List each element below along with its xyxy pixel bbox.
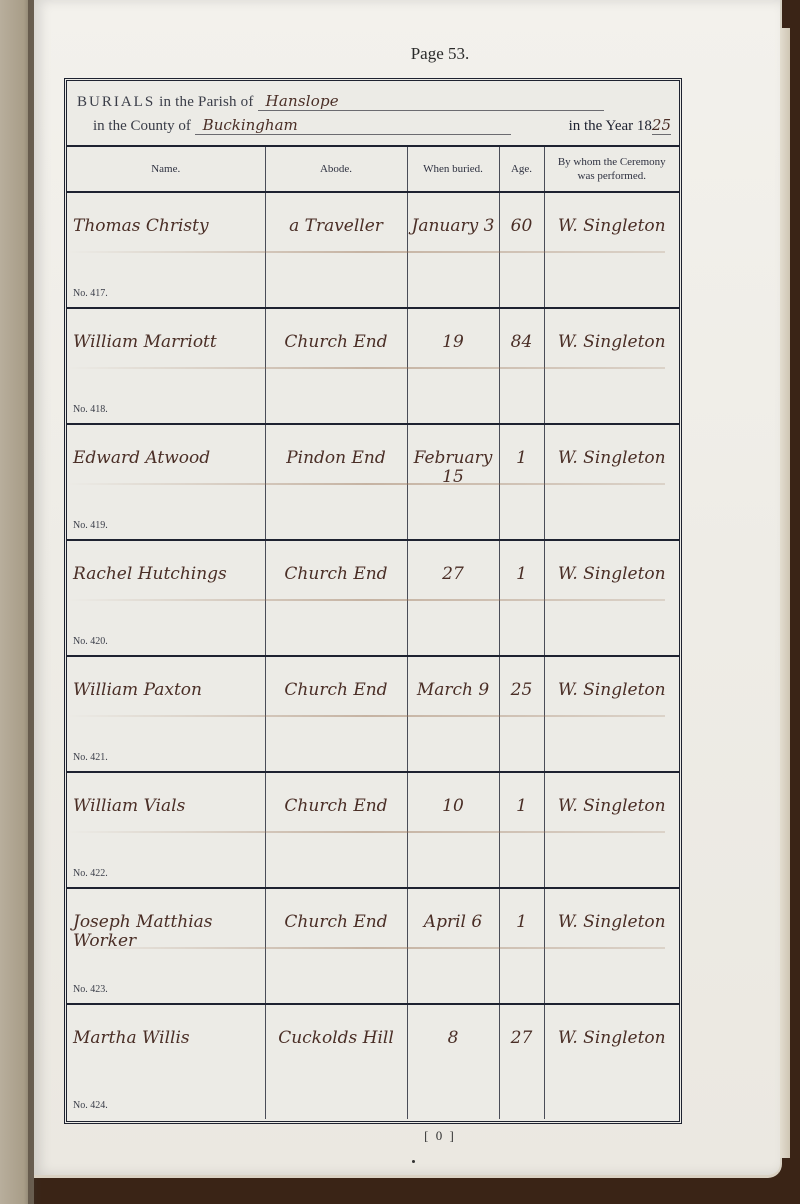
entry-age: 84 — [500, 333, 544, 352]
cell-name: William MarriottNo. 418. — [67, 308, 265, 424]
cell-abode: Church End — [265, 772, 407, 888]
year-prefix: in the Year 18 — [569, 118, 652, 134]
cell-when-buried: 8 — [407, 1004, 499, 1119]
entry-by-whom: W. Singleton — [545, 565, 680, 584]
county-line: in the County of Buckingham — [93, 116, 511, 135]
cell-by-whom: W. Singleton — [544, 192, 679, 308]
cell-when-buried: March 9 — [407, 656, 499, 772]
parish-prefix: in the Parish of — [159, 94, 253, 110]
column-header-age: Age. — [499, 147, 544, 192]
cell-name: Joseph Matthias WorkerNo. 423. — [67, 888, 265, 1004]
entry-age: 1 — [500, 449, 544, 468]
entry-name: William Paxton — [67, 681, 265, 700]
cell-by-whom: W. Singleton — [544, 308, 679, 424]
parish-value: Hanslope — [258, 92, 604, 111]
footer-signature-mark: [ 0 ] — [80, 1128, 800, 1144]
cell-when-buried: 27 — [407, 540, 499, 656]
entry-by-whom: W. Singleton — [545, 333, 680, 352]
entry-when-buried: 10 — [408, 797, 499, 816]
column-header-name: Name. — [67, 147, 265, 192]
column-header-when-buried: When buried. — [407, 147, 499, 192]
cell-abode: Church End — [265, 540, 407, 656]
entry-abode: Pindon End — [266, 449, 407, 468]
cell-by-whom: W. Singleton — [544, 1004, 679, 1119]
cell-name: Edward AtwoodNo. 419. — [67, 424, 265, 540]
cell-abode: a Traveller — [265, 192, 407, 308]
county-value: Buckingham — [195, 116, 511, 135]
entry-number: No. 420. — [73, 636, 108, 647]
register-heading: BURIALS in the Parish of Hanslope in the… — [67, 81, 679, 147]
entry-number: No. 421. — [73, 752, 108, 763]
cell-name: Rachel HutchingsNo. 420. — [67, 540, 265, 656]
entry-abode: Cuckolds Hill — [266, 1029, 407, 1048]
column-header-by-whom: By whom the Ceremony was performed. — [544, 147, 679, 192]
cell-when-buried: 19 — [407, 308, 499, 424]
cell-abode: Cuckolds Hill — [265, 1004, 407, 1119]
entry-abode: Church End — [266, 797, 407, 816]
cell-when-buried: April 6 — [407, 888, 499, 1004]
cell-by-whom: W. Singleton — [544, 888, 679, 1004]
entry-name: Thomas Christy — [67, 217, 265, 236]
entry-by-whom: W. Singleton — [545, 797, 680, 816]
entry-abode: a Traveller — [266, 217, 407, 236]
entry-when-buried: February 15 — [408, 449, 499, 487]
page-number: Page 53. — [80, 44, 800, 64]
cell-by-whom: W. Singleton — [544, 656, 679, 772]
entry-by-whom: W. Singleton — [545, 913, 680, 932]
cell-age: 1 — [499, 888, 544, 1004]
ink-dot — [412, 1160, 415, 1163]
entry-number: No. 419. — [73, 520, 108, 531]
entry-when-buried: 27 — [408, 565, 499, 584]
cell-abode: Church End — [265, 888, 407, 1004]
column-header-row: Name. Abode. When buried. Age. By whom t… — [67, 147, 679, 192]
cell-age: 25 — [499, 656, 544, 772]
column-header-abode: Abode. — [265, 147, 407, 192]
cell-name: Martha WillisNo. 424. — [67, 1004, 265, 1119]
entry-name: William Vials — [67, 797, 265, 816]
cell-name: William VialsNo. 422. — [67, 772, 265, 888]
cell-when-buried: February 15 — [407, 424, 499, 540]
cell-by-whom: W. Singleton — [544, 540, 679, 656]
table-row: Martha WillisNo. 424. Cuckolds Hill 8 27… — [67, 1004, 679, 1119]
cell-age: 84 — [499, 308, 544, 424]
table-row: William MarriottNo. 418. Church End 19 8… — [67, 308, 679, 424]
year-value: 25 — [652, 116, 671, 135]
entry-name: Rachel Hutchings — [67, 565, 265, 584]
burial-register-table: BURIALS in the Parish of Hanslope in the… — [64, 78, 682, 1124]
year-line: in the Year 1825 — [569, 116, 671, 135]
table-row: Thomas ChristyNo. 417. a Traveller Janua… — [67, 192, 679, 308]
cell-name: William PaxtonNo. 421. — [67, 656, 265, 772]
cell-abode: Pindon End — [265, 424, 407, 540]
entry-by-whom: W. Singleton — [545, 217, 680, 236]
entry-abode: Church End — [266, 913, 407, 932]
cell-when-buried: January 3 — [407, 192, 499, 308]
entries-grid: Name. Abode. When buried. Age. By whom t… — [67, 147, 679, 1119]
cell-abode: Church End — [265, 308, 407, 424]
entry-when-buried: January 3 — [408, 217, 499, 236]
cell-name: Thomas ChristyNo. 417. — [67, 192, 265, 308]
table-row: William PaxtonNo. 421. Church End March … — [67, 656, 679, 772]
county-prefix: in the County of — [93, 118, 191, 134]
entry-number: No. 423. — [73, 984, 108, 995]
entry-number: No. 424. — [73, 1100, 108, 1111]
entry-age: 1 — [500, 913, 544, 932]
entry-number: No. 418. — [73, 404, 108, 415]
cell-age: 1 — [499, 424, 544, 540]
entry-by-whom: W. Singleton — [545, 449, 680, 468]
cell-by-whom: W. Singleton — [544, 772, 679, 888]
burials-title: BURIALS — [77, 94, 155, 110]
entry-age: 25 — [500, 681, 544, 700]
entry-abode: Church End — [266, 333, 407, 352]
entry-number: No. 417. — [73, 288, 108, 299]
cell-age: 27 — [499, 1004, 544, 1119]
entry-name: Edward Atwood — [67, 449, 265, 468]
cell-abode: Church End — [265, 656, 407, 772]
entry-by-whom: W. Singleton — [545, 1029, 680, 1048]
entry-abode: Church End — [266, 681, 407, 700]
table-row: Joseph Matthias WorkerNo. 423. Church En… — [67, 888, 679, 1004]
table-row: William VialsNo. 422. Church End 10 1 W.… — [67, 772, 679, 888]
cell-age: 1 — [499, 540, 544, 656]
entry-when-buried: April 6 — [408, 913, 499, 932]
table-row: Edward AtwoodNo. 419. Pindon End Februar… — [67, 424, 679, 540]
page-edge — [780, 28, 790, 1158]
entry-name: William Marriott — [67, 333, 265, 352]
entry-age: 1 — [500, 797, 544, 816]
entry-age: 27 — [500, 1029, 544, 1048]
entry-by-whom: W. Singleton — [545, 681, 680, 700]
table-row: Rachel HutchingsNo. 420. Church End 27 1… — [67, 540, 679, 656]
entry-age: 1 — [500, 565, 544, 584]
entry-number: No. 422. — [73, 868, 108, 879]
cell-age: 60 — [499, 192, 544, 308]
entry-name: Joseph Matthias Worker — [67, 913, 265, 951]
entry-age: 60 — [500, 217, 544, 236]
parish-line: BURIALS in the Parish of Hanslope — [77, 92, 604, 111]
cell-by-whom: W. Singleton — [544, 424, 679, 540]
entry-name: Martha Willis — [67, 1029, 265, 1048]
cell-age: 1 — [499, 772, 544, 888]
cell-when-buried: 10 — [407, 772, 499, 888]
entry-when-buried: March 9 — [408, 681, 499, 700]
entry-abode: Church End — [266, 565, 407, 584]
entry-when-buried: 8 — [408, 1029, 499, 1048]
entry-when-buried: 19 — [408, 333, 499, 352]
